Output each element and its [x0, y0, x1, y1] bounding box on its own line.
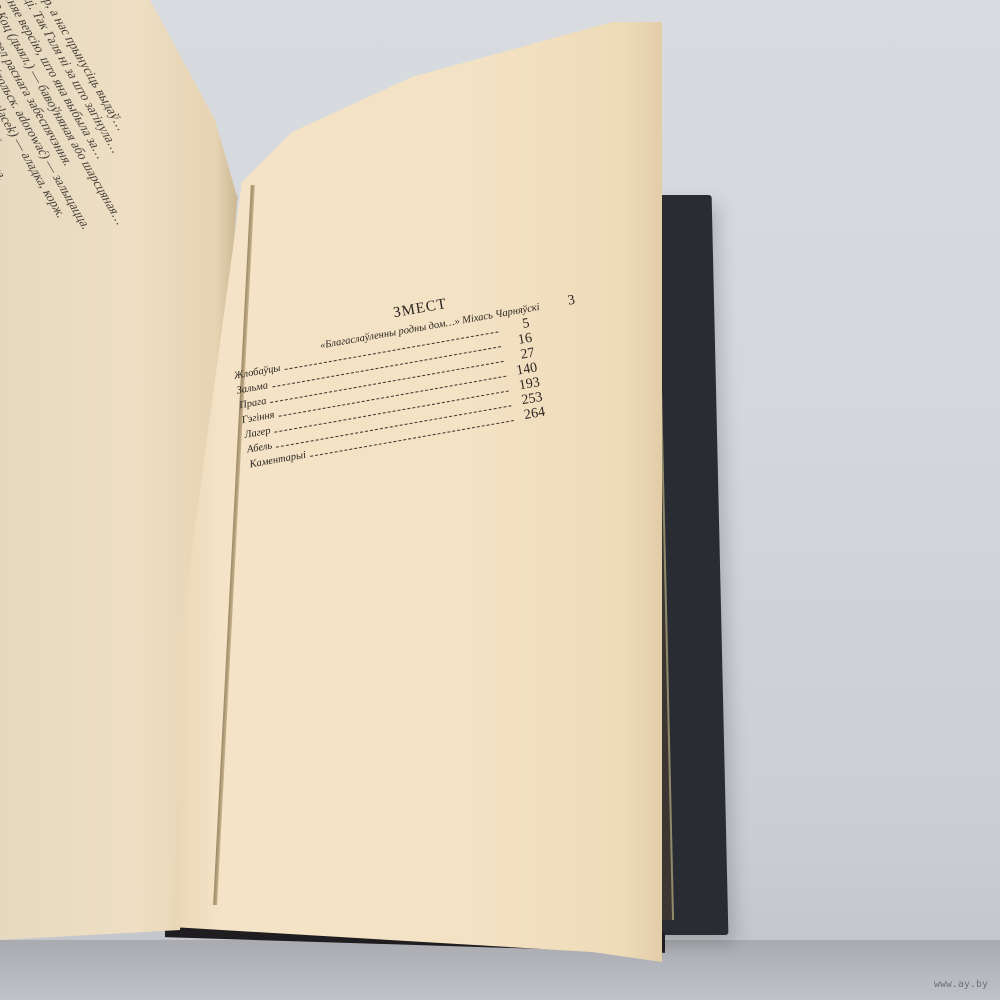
left-page-notes: …ур, а нас прынусіць выдаў… …ці. Так Гал…: [0, 0, 180, 244]
floor-shadow: [0, 940, 1000, 1000]
right-page: [172, 22, 662, 962]
watermark: www.ay.by: [934, 979, 988, 990]
photo-scene: …ур, а нас прынусіць выдаў… …ці. Так Гал…: [0, 0, 1000, 1000]
